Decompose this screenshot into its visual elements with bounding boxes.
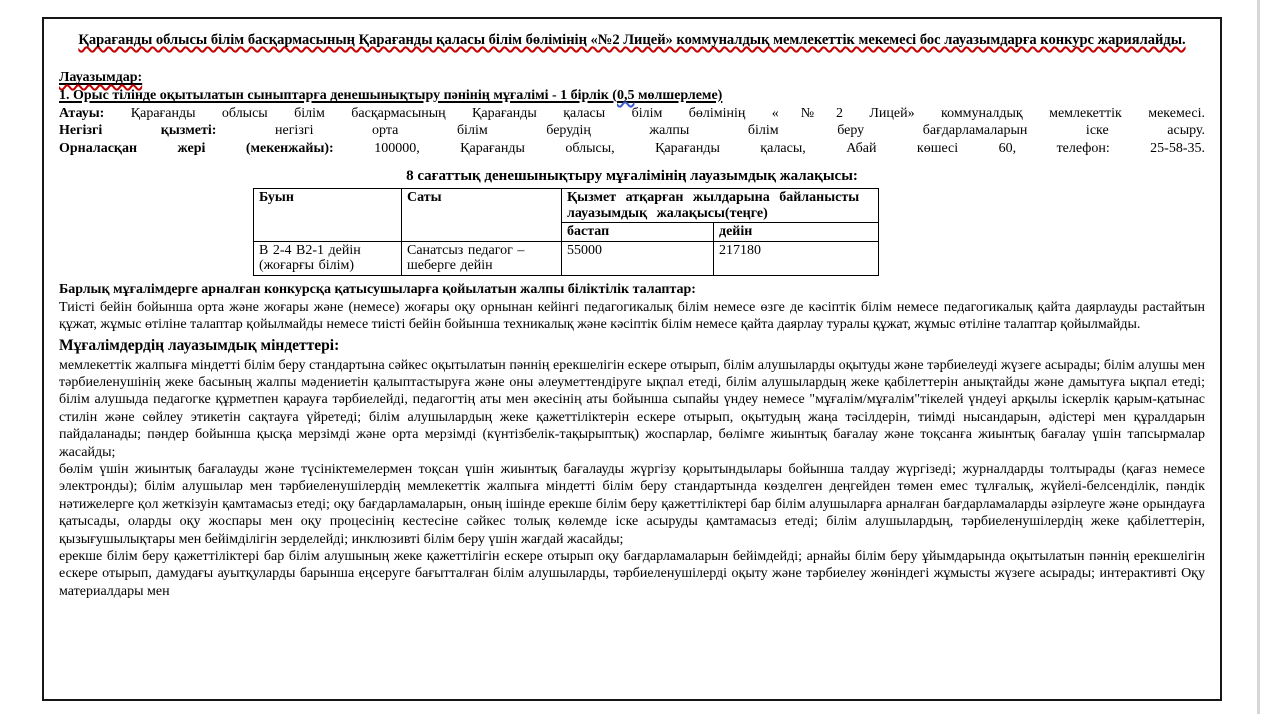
- org-function-text: негізгі орта білім берудің жалпы білім б…: [275, 123, 1205, 138]
- document-page: Қарағанды облысы білім басқармасының Қар…: [42, 17, 1222, 701]
- org-function-line: Негізгі қызметі: негізгі орта білім беру…: [59, 122, 1205, 139]
- column-header-category: Саты: [402, 189, 562, 242]
- org-name-label: Атауы:: [59, 106, 104, 121]
- qualification-heading: Барлық мұғалімдерге арналған конкурсқа қ…: [59, 281, 1205, 299]
- positions-label-text: Лауазымдар:: [59, 70, 142, 85]
- duties-heading: Мұғалімдердің лауазымдық міндеттері:: [59, 336, 1205, 356]
- table-row: В 2-4 В2-1 дейін (жоғарғы білім) Санатсы…: [254, 241, 879, 275]
- scrollbar-track[interactable]: [1257, 0, 1260, 714]
- org-address-text: 100000, Қарағанды облысы, Қарағанды қала…: [374, 141, 1205, 156]
- duties-paragraph: бөлім үшін жиынтық бағалауды және түсіні…: [59, 461, 1205, 548]
- rate-value: 0,5: [617, 88, 635, 103]
- column-header-salary: Қызмет атқарған жылдарына байланысты лау…: [562, 189, 879, 223]
- document-title: Қарағанды облысы білім басқармасының Қар…: [61, 31, 1203, 49]
- duties-paragraph: ерекше білім беру қажеттіліктері бар біл…: [59, 548, 1205, 600]
- cell-salary-to: 217180: [714, 241, 879, 275]
- position-item-1: 1. Орыс тілінде оқытылатын сыныптарға де…: [59, 87, 1205, 105]
- column-header-level: Буын: [254, 189, 402, 242]
- cell-level: В 2-4 В2-1 дейін (жоғарғы білім): [254, 241, 402, 275]
- cell-category: Санатсыз педагог – шеберге дейін: [402, 241, 562, 275]
- duties-paragraph: мемлекеттік жалпыға міндетті білім беру …: [59, 357, 1205, 461]
- org-address-line: Орналасқан жері (мекенжайы): 100000, Қар…: [59, 140, 1205, 157]
- org-address-label: Орналасқан жері (мекенжайы):: [59, 141, 334, 156]
- salary-table-heading: 8 сағаттық денешынықтыру мұғалімінің лау…: [59, 167, 1205, 186]
- org-name-line: Атауы: Қарағанды облысы білім басқармасы…: [59, 105, 1205, 122]
- org-name-text: Қарағанды облысы білім басқармасының Қар…: [131, 106, 1205, 121]
- positions-label: Лауазымдар:: [59, 69, 1205, 87]
- salary-table: Буын Саты Қызмет атқарған жылдарына байл…: [253, 188, 879, 276]
- org-function-label: Негізгі қызметі:: [59, 123, 216, 138]
- column-header-to: дейін: [714, 223, 879, 242]
- cell-salary-from: 55000: [562, 241, 714, 275]
- salary-table-header-row: Буын Саты Қызмет атқарған жылдарына байл…: [254, 189, 879, 223]
- column-header-from: бастап: [562, 223, 714, 242]
- qualification-text: Тиісті бейін бойынша орта және жоғары жә…: [59, 299, 1205, 334]
